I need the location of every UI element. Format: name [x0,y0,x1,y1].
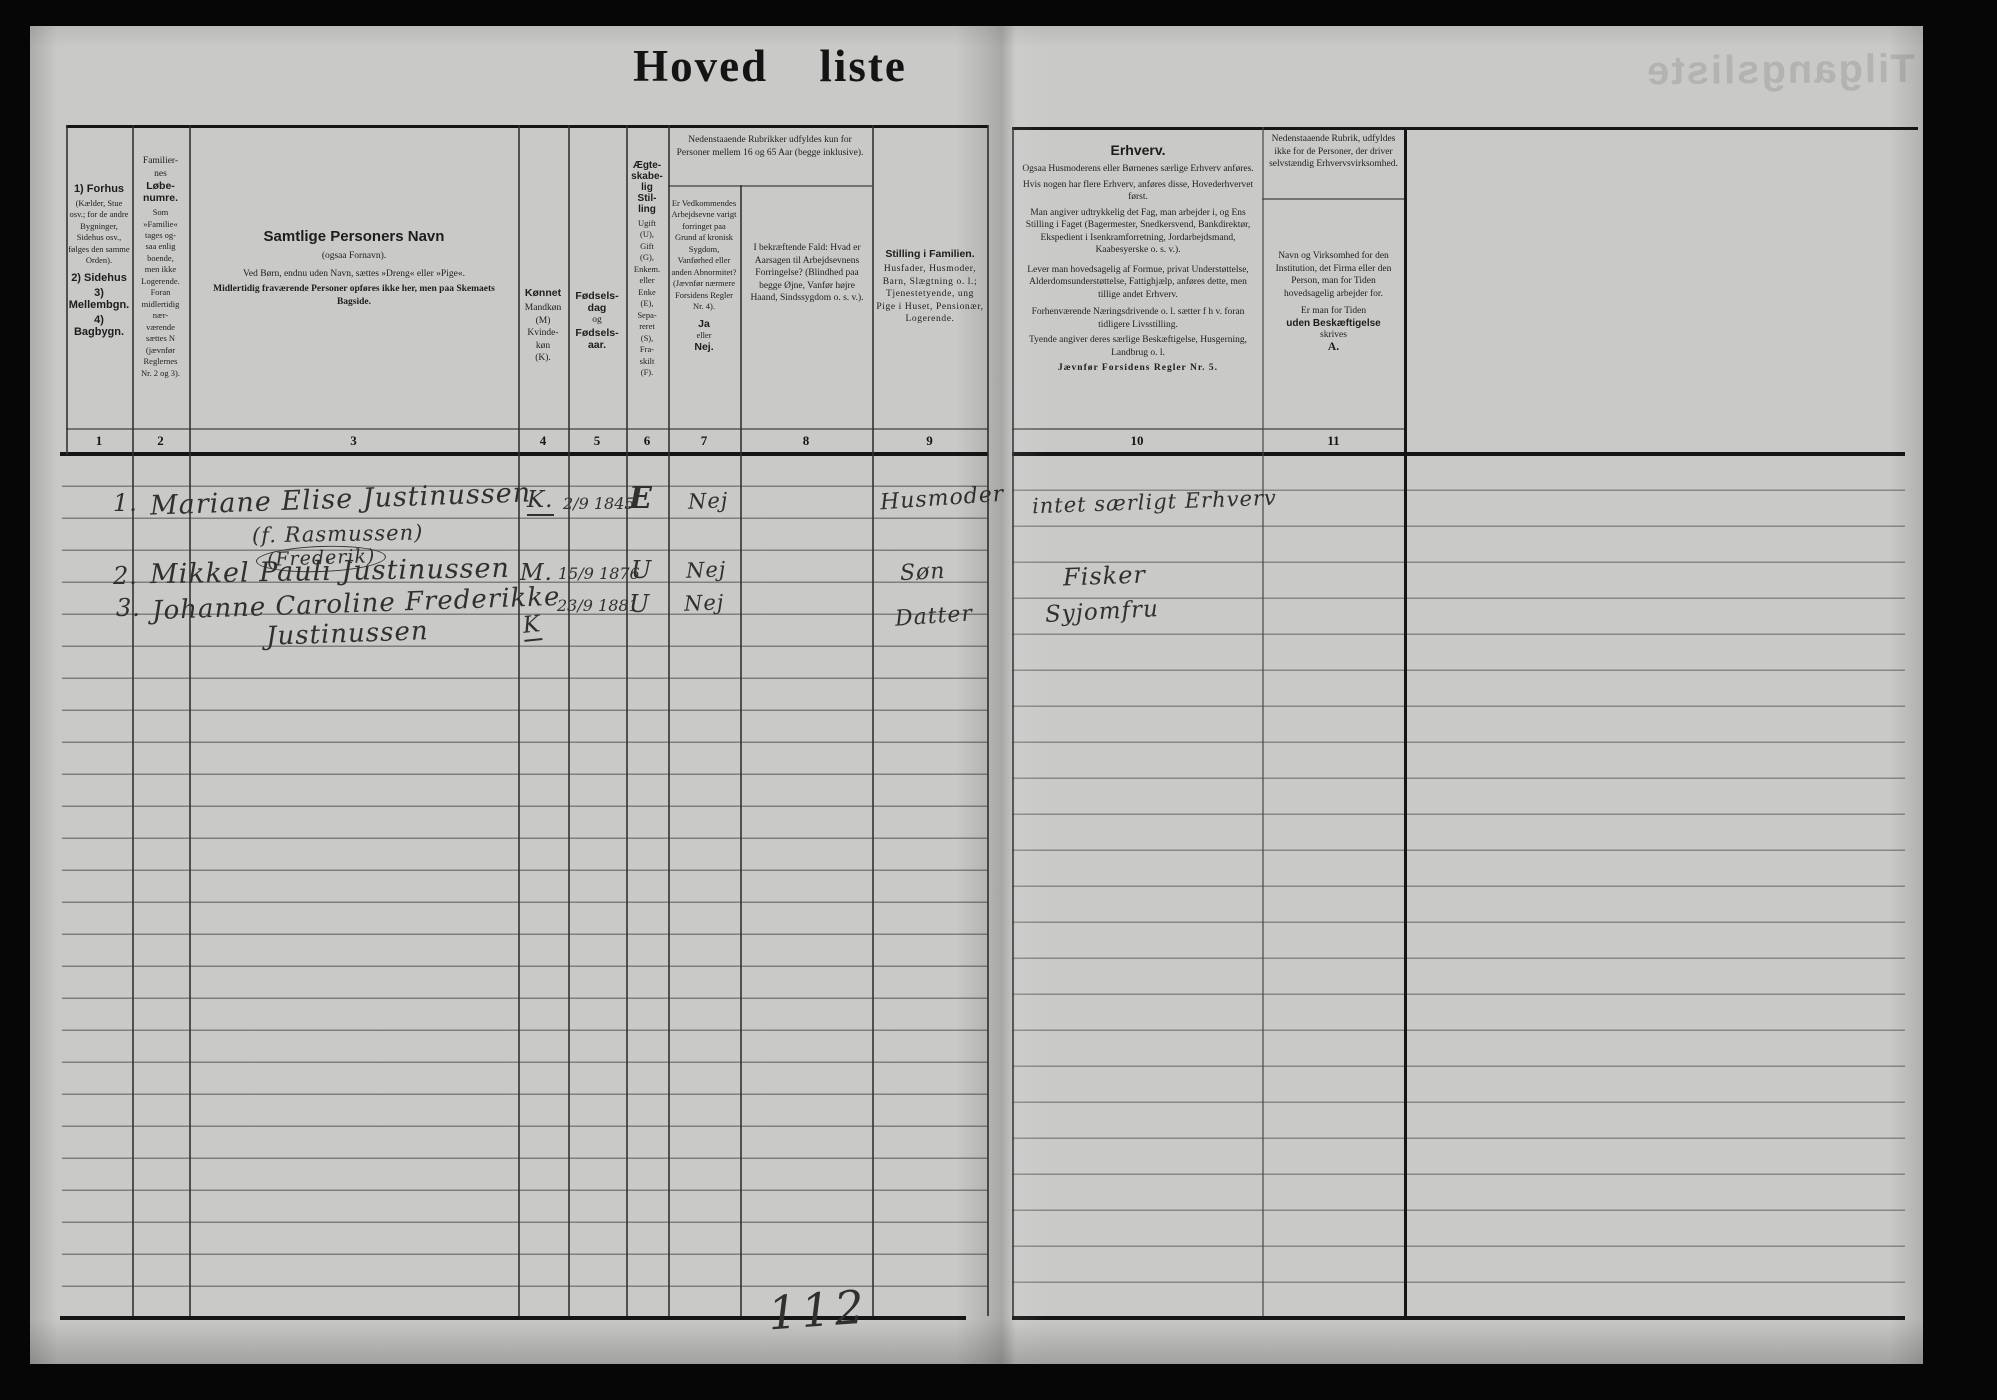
col2-number: 2 [132,433,189,449]
col9-header: Stilling i Familien. Husfader, Husmoder,… [876,248,984,326]
col10-left-border [1012,127,1014,1316]
col2-col3-divider [189,125,191,1316]
top-rule-left [66,125,988,128]
col11-header: Navn og Virksomhed for den Institution, … [1266,250,1401,353]
col1-number: 1 [66,433,132,449]
bleedthrough-title: Tilgangsliste [1640,47,1920,94]
col4-number: 4 [518,433,568,449]
col10-number: 10 [1012,433,1262,449]
entry-3-sex: K [522,611,543,642]
col8-col9-divider [872,125,874,1316]
header-bottom-rule-left [60,452,988,456]
col11-number: 11 [1262,433,1405,449]
top-rule-right [1012,127,1918,130]
col6-col7-divider [668,125,670,1316]
bottom-rule-right [1012,1316,1905,1320]
col1-header: 1) Forhus (Kælder, Stue osv.; for de and… [68,183,130,338]
entry-2-family-position: Søn [899,559,946,586]
entry-3-birthdate: 23/9 1881 [557,596,639,615]
col10-header: Erhverv. Ogsaa Husmoderens eller Børnene… [1022,142,1254,375]
col9-number: 9 [872,433,987,449]
entry-1-number: 1. [113,489,138,517]
col11-note-divider [1262,198,1405,200]
entry-1-sex: K. [527,487,554,516]
col4-header: Kønnet Mandkøn (M) Kvinde- køn (K). [520,287,566,365]
col7-col8-divider [740,185,742,1316]
col9-right-border [987,125,989,1316]
entry-3-name-line2: Justinussen [266,616,430,652]
col2-header: Familier- nes Løbe- numre. Som »Familie«… [134,155,187,379]
col11-right-border [1404,127,1407,1316]
entry-3-marital-status: U [629,590,650,618]
col3-number: 3 [189,433,518,449]
numbers-row-rule-right [1012,428,1405,430]
col3-header: Samtlige Personers Navn (ogsaa Fornavn).… [200,228,508,308]
col5-header: Fødsels- dag og Fødsels- aar. [570,290,624,351]
col8-header: I bekræftende Fald: Hvad er Aarsagen til… [746,242,868,305]
entry-1-impairment: Nej [688,488,729,513]
scanned-census-page: Tilgangsliste Hoved liste 1 2 3 4 5 6 7 … [0,0,1997,1400]
col5-number: 5 [568,433,626,449]
header-bottom-rule-right [1012,452,1905,456]
entry-3-impairment: Nej [684,590,725,615]
entry-2-occupation: Fisker [1063,561,1147,592]
handwritten-page-number: 112 [766,1280,869,1341]
col8-number: 8 [740,433,872,449]
entry-2-number: 2. [113,562,138,590]
entry-1-birthdate: 2/9 1845 [563,494,635,513]
page-title: Hoved liste [560,40,980,92]
col6-number: 6 [626,433,668,449]
col10-col11-divider [1262,127,1264,1316]
col11-note: Nedenstaaende Rubrik, udfyldes ikke for … [1266,133,1401,171]
span-header-divider [668,185,872,187]
col7-header: Er Vedkommendes Arbejdsevne varigt forri… [671,198,737,353]
col6-header: Ægte- skabe- lig Stil- ling Ugift (U), G… [627,160,667,379]
entry-2-marital-status: U [631,556,652,584]
col7-8-span-header: Nedenstaaende Rubrikker udfyldes kun for… [672,134,868,159]
entry-2-birthdate: 15/9 1876 [558,564,640,583]
numbers-row-rule-left [66,428,988,430]
entry-2-impairment: Nej [686,557,727,582]
col7-number: 7 [668,433,740,449]
entry-1-maiden-name: (f. Rasmussen) [252,521,424,548]
entry-1-marital-status: E [629,481,653,516]
entry-3-number: 3. [116,594,141,622]
